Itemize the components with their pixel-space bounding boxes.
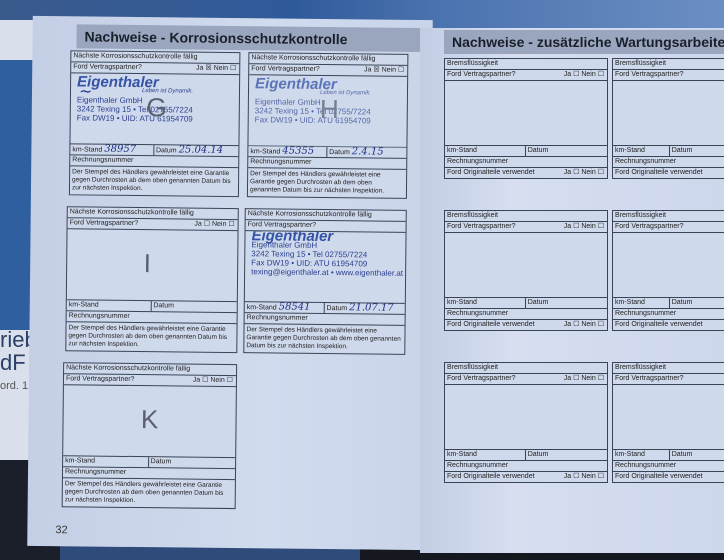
ja-label: Ja bbox=[564, 473, 571, 480]
form-letter: H bbox=[320, 94, 339, 125]
ja-checkbox[interactable]: ☐ bbox=[573, 223, 579, 230]
yes-no-options: Ja ☐ Nein ☐ bbox=[564, 168, 604, 178]
partner-question: Ford Vertragspartner? bbox=[447, 223, 515, 230]
km-label: km-Stand bbox=[247, 304, 277, 311]
stamp-fax: Fax DW19 • UID: ATU 61954709 bbox=[77, 113, 193, 123]
datum-label: Datum bbox=[670, 298, 693, 308]
invoice-row: Rechnungsnummer bbox=[613, 157, 724, 168]
form-header: Bremsflüssigkeit bbox=[445, 363, 607, 374]
stamp-area bbox=[445, 385, 607, 450]
ja-checkbox-checked[interactable]: ☒ bbox=[373, 66, 379, 73]
original-parts-label: Ford Originalteile verwendet bbox=[615, 321, 703, 328]
ja-checkbox[interactable]: ☐ bbox=[573, 473, 579, 480]
stamp-brand: Eigenthaler bbox=[77, 77, 193, 87]
invoice-row: Rechnungsnummer bbox=[63, 467, 235, 480]
ja-checkbox[interactable]: ☐ bbox=[573, 71, 579, 78]
original-parts-label: Ford Originalteile verwendet bbox=[447, 473, 535, 480]
form-letter: K bbox=[141, 404, 159, 435]
maintenance-form: BremsflüssigkeitFord Vertragspartner?Ja … bbox=[444, 362, 608, 483]
original-parts-row: Ford Originalteile verwendetJa ☐ Nein ☐ bbox=[445, 168, 607, 178]
inspection-form-g: Nächste Korrosionsschutzkontrolle fällig… bbox=[69, 50, 241, 197]
form-letter: I bbox=[144, 248, 152, 279]
stamp-area bbox=[445, 81, 607, 146]
nein-label: Nein bbox=[210, 377, 224, 384]
inspection-form-k: Nächste Korrosionsschutzkontrolle fällig… bbox=[62, 362, 238, 509]
km-label: km-Stand bbox=[63, 456, 149, 467]
stamp-area: Eigenthaler Leben ist Dynamik. Eigenthal… bbox=[248, 75, 407, 148]
datum-label: Datum bbox=[151, 301, 174, 311]
stamp-area: Eigenthaler Leben ist Dynamik. Eigenthal… bbox=[70, 73, 239, 146]
partner-question: Ford Vertragspartner? bbox=[615, 71, 683, 78]
right-page: Nachweise - zusätzliche Wartungsarbeiten… bbox=[420, 28, 724, 553]
partner-row: Ford Vertragspartner?Ja ☐ Nein ☐ bbox=[445, 374, 607, 385]
yes-no-options: Ja ☐ Nein ☐ bbox=[564, 374, 604, 384]
km-label: km-Stand bbox=[613, 450, 670, 460]
yes-no-options: Ja ☐ Nein ☐ bbox=[194, 220, 234, 230]
guarantee-note: Der Stempel des Händlers gewährleistet e… bbox=[248, 168, 406, 198]
ja-label: Ja bbox=[564, 169, 571, 176]
invoice-row: Rechnungsnummer bbox=[613, 461, 724, 472]
ja-label: Ja bbox=[364, 66, 371, 73]
invoice-row: Rechnungsnummer bbox=[613, 309, 724, 320]
datum-label: Datum bbox=[156, 147, 177, 154]
km-label: km-Stand bbox=[67, 300, 152, 311]
datum-value: 25.04.14 bbox=[179, 144, 224, 155]
km-label: km-Stand bbox=[445, 450, 526, 460]
nein-checkbox[interactable]: ☐ bbox=[398, 67, 404, 74]
background-text: ord. 1 bbox=[0, 380, 28, 392]
original-parts-label: Ford Originalteile verwendet bbox=[447, 321, 535, 328]
stamp-area: K bbox=[63, 385, 236, 458]
maintenance-form: BremsflüssigkeitFord Vertragspartner?Ja … bbox=[444, 210, 608, 331]
stamp-web: texing@eigenthaler.at • www.eigenthaler.… bbox=[251, 267, 403, 278]
background-text: dF bbox=[0, 350, 26, 376]
invoice-row: Rechnungsnummer bbox=[248, 157, 406, 170]
ja-label: Ja bbox=[564, 375, 571, 382]
km-date-row: km-StandDatum bbox=[445, 146, 607, 157]
km-label: km-Stand bbox=[613, 298, 670, 308]
stamp-area bbox=[613, 385, 724, 450]
partner-question: Ford Vertragspartner? bbox=[251, 65, 320, 73]
nein-label: Nein bbox=[581, 473, 595, 480]
page-title: Nachweise - Korrosionsschutzkontrolle bbox=[76, 24, 422, 52]
original-parts-row: Ford Originalteile verwendet bbox=[613, 168, 724, 178]
nein-checkbox[interactable]: ☐ bbox=[227, 377, 233, 384]
ja-label: Ja bbox=[194, 221, 201, 228]
nein-label: Nein bbox=[382, 67, 396, 74]
date-cell: Datum 25.04.14 bbox=[154, 145, 223, 156]
nein-label: Nein bbox=[214, 65, 228, 72]
datum-label: Datum bbox=[526, 450, 549, 460]
maintenance-form: BremsflüssigkeitFord Vertragspartner?km-… bbox=[612, 210, 724, 331]
guarantee-note: Der Stempel des Händlers gewährleistet e… bbox=[244, 324, 404, 354]
ja-checkbox[interactable]: ☐ bbox=[573, 375, 579, 382]
partner-row: Ford Vertragspartner?Ja ☐ Nein ☐ bbox=[445, 70, 607, 81]
datum-label: Datum bbox=[149, 457, 172, 467]
guarantee-note: Der Stempel des Händlers gewährleistet e… bbox=[63, 478, 235, 508]
inspection-form-j: Nächste Korrosionsschutzkontrolle fällig… bbox=[243, 208, 407, 355]
stamp-fax: Fax DW19 • UID: ATU 61954709 bbox=[255, 115, 371, 125]
nein-label: Nein bbox=[581, 321, 595, 328]
dealer-stamp: Eigenthaler Eigenthaler GmbH 3242 Texing… bbox=[251, 231, 403, 278]
maintenance-form: BremsflüssigkeitFord Vertragspartner?km-… bbox=[612, 362, 724, 483]
datum-label: Datum bbox=[326, 305, 347, 312]
form-header: Bremsflüssigkeit bbox=[445, 211, 607, 222]
km-label: km-Stand bbox=[445, 146, 526, 156]
datum-label: Datum bbox=[670, 146, 693, 156]
nein-checkbox[interactable]: ☐ bbox=[230, 65, 236, 72]
nein-label: Nein bbox=[581, 375, 595, 382]
datum-label: Datum bbox=[670, 450, 693, 460]
guarantee-note: Der Stempel des Händlers gewährleistet e… bbox=[70, 166, 238, 196]
datum-label: Datum bbox=[526, 298, 549, 308]
partner-question: Ford Vertragspartner? bbox=[447, 71, 515, 78]
form-header: Bremsflüssigkeit bbox=[613, 59, 724, 70]
stamp-brand: Eigenthaler bbox=[255, 79, 371, 89]
guarantee-note: Der Stempel des Händlers gewährleistet e… bbox=[66, 322, 236, 352]
form-header: Bremsflüssigkeit bbox=[445, 59, 607, 70]
nein-checkbox[interactable]: ☐ bbox=[598, 223, 604, 230]
km-label: km-Stand bbox=[445, 298, 526, 308]
form-header: Bremsflüssigkeit bbox=[613, 211, 724, 222]
ja-label: Ja bbox=[196, 65, 203, 72]
yes-no-options: Ja ☒ Nein ☐ bbox=[196, 64, 236, 74]
invoice-row: Rechnungsnummer bbox=[70, 155, 238, 168]
stamp-area bbox=[613, 81, 724, 146]
stamp-area: I bbox=[67, 229, 238, 302]
partner-row: Ford Vertragspartner? bbox=[613, 374, 724, 385]
ja-checkbox[interactable]: ☐ bbox=[204, 221, 210, 228]
maintenance-form: BremsflüssigkeitFord Vertragspartner?Ja … bbox=[444, 58, 608, 179]
invoice-row: Rechnungsnummer bbox=[67, 311, 237, 324]
yes-no-options: Ja ☐ Nein ☐ bbox=[564, 472, 604, 482]
partner-question: Ford Vertragspartner? bbox=[615, 223, 683, 230]
nein-checkbox[interactable]: ☐ bbox=[598, 71, 604, 78]
inspection-form-h: Nächste Korrosionsschutzkontrolle fällig… bbox=[247, 52, 409, 199]
partner-question: Ford Vertragspartner? bbox=[73, 63, 142, 71]
km-label: km-Stand bbox=[72, 146, 102, 153]
km-label: km-Stand bbox=[250, 148, 280, 155]
km-date-row: km-StandDatum bbox=[613, 146, 724, 157]
stamp-area bbox=[445, 233, 607, 298]
nein-label: Nein bbox=[212, 221, 226, 228]
invoice-row: Rechnungsnummer bbox=[245, 313, 405, 326]
datum-value: 2.4.15 bbox=[352, 146, 384, 157]
stamp-area bbox=[613, 233, 724, 298]
partner-question: Ford Vertragspartner? bbox=[615, 375, 683, 382]
km-date-row: km-StandDatum bbox=[445, 450, 607, 461]
nein-label: Nein bbox=[581, 71, 595, 78]
page-title: Nachweise - zusätzliche Wartungsarbeiten bbox=[444, 30, 724, 54]
datum-value: 21.07.17 bbox=[349, 302, 394, 313]
ja-checkbox[interactable]: ☐ bbox=[573, 321, 579, 328]
partner-question: Ford Vertragspartner? bbox=[447, 375, 515, 382]
yes-no-options: Ja ☐ Nein ☐ bbox=[564, 320, 604, 330]
nein-checkbox[interactable]: ☐ bbox=[228, 221, 234, 228]
partner-question: Ford Vertragspartner? bbox=[70, 219, 139, 227]
date-cell: Datum 21.07.17 bbox=[324, 303, 393, 314]
left-page: Nachweise - Korrosionsschutzkontrolle Nä… bbox=[27, 16, 433, 550]
km-label: km-Stand bbox=[613, 146, 670, 156]
nein-label: Nein bbox=[581, 223, 595, 230]
maintenance-form: BremsflüssigkeitFord Vertragspartner?km-… bbox=[612, 58, 724, 179]
km-cell: km-Stand 58541 bbox=[245, 302, 325, 313]
km-cell: km-Stand 38957 bbox=[70, 144, 154, 155]
partner-question: Ford Vertragspartner? bbox=[248, 221, 317, 229]
yes-no-options: Ja ☐ Nein ☐ bbox=[193, 376, 233, 386]
stamp-area: Eigenthaler Eigenthaler GmbH 3242 Texing… bbox=[245, 231, 406, 304]
km-value: 58541 bbox=[279, 302, 311, 313]
form-letter: G bbox=[146, 92, 167, 123]
nein-checkbox[interactable]: ☐ bbox=[598, 375, 604, 382]
datum-label: Datum bbox=[526, 146, 549, 156]
original-parts-row: Ford Originalteile verwendet bbox=[613, 320, 724, 330]
yes-no-options: Ja ☐ Nein ☐ bbox=[564, 70, 604, 80]
inspection-form-i: Nächste Korrosionsschutzkontrolle fällig… bbox=[65, 206, 239, 353]
ja-label: Ja bbox=[193, 377, 200, 384]
km-cell: km-Stand 45355 bbox=[248, 146, 327, 157]
original-parts-row: Ford Originalteile verwendetJa ☐ Nein ☐ bbox=[445, 472, 607, 482]
datum-label: Datum bbox=[329, 149, 350, 156]
ja-checkbox[interactable]: ☐ bbox=[202, 377, 208, 384]
nein-label: Nein bbox=[581, 169, 595, 176]
yes-no-options: Ja ☐ Nein ☐ bbox=[564, 222, 604, 232]
dealer-stamp: Eigenthaler Leben ist Dynamik. Eigenthal… bbox=[255, 79, 372, 125]
partner-row: Ford Vertragspartner? bbox=[613, 70, 724, 81]
km-value: 38957 bbox=[104, 144, 136, 155]
ja-checkbox-checked[interactable]: ☒ bbox=[205, 65, 211, 72]
yes-no-options: Ja ☒ Nein ☐ bbox=[364, 65, 404, 75]
nein-checkbox[interactable]: ☐ bbox=[598, 473, 604, 480]
partner-row: Ford Vertragspartner? bbox=[613, 222, 724, 233]
signature: ~ bbox=[79, 81, 93, 100]
invoice-row: Rechnungsnummer bbox=[445, 461, 607, 472]
invoice-row: Rechnungsnummer bbox=[445, 309, 607, 320]
date-cell: Datum 2.4.15 bbox=[327, 147, 383, 158]
original-parts-row: Ford Originalteile verwendetJa ☐ Nein ☐ bbox=[445, 320, 607, 330]
km-value: 45355 bbox=[282, 146, 314, 157]
km-date-row: km-StandDatum bbox=[613, 298, 724, 309]
partner-row: Ford Vertragspartner?Ja ☐ Nein ☐ bbox=[445, 222, 607, 233]
ja-checkbox[interactable]: ☐ bbox=[573, 169, 579, 176]
original-parts-row: Ford Originalteile verwendet bbox=[613, 472, 724, 482]
ja-label: Ja bbox=[564, 223, 571, 230]
original-parts-label: Ford Originalteile verwendet bbox=[615, 169, 703, 176]
original-parts-label: Ford Originalteile verwendet bbox=[447, 169, 535, 176]
dealer-stamp: Eigenthaler Leben ist Dynamik. Eigenthal… bbox=[77, 77, 194, 123]
ja-label: Ja bbox=[564, 71, 571, 78]
original-parts-label: Ford Originalteile verwendet bbox=[615, 473, 703, 480]
km-date-row: km-StandDatum bbox=[445, 298, 607, 309]
invoice-row: Rechnungsnummer bbox=[445, 157, 607, 168]
form-header: Bremsflüssigkeit bbox=[613, 363, 724, 374]
ja-label: Ja bbox=[564, 321, 571, 328]
nein-checkbox[interactable]: ☐ bbox=[598, 321, 604, 328]
partner-question: Ford Vertragspartner? bbox=[66, 375, 135, 383]
km-date-row: km-StandDatum bbox=[613, 450, 724, 461]
nein-checkbox[interactable]: ☐ bbox=[598, 169, 604, 176]
page-number: 32 bbox=[55, 524, 67, 536]
